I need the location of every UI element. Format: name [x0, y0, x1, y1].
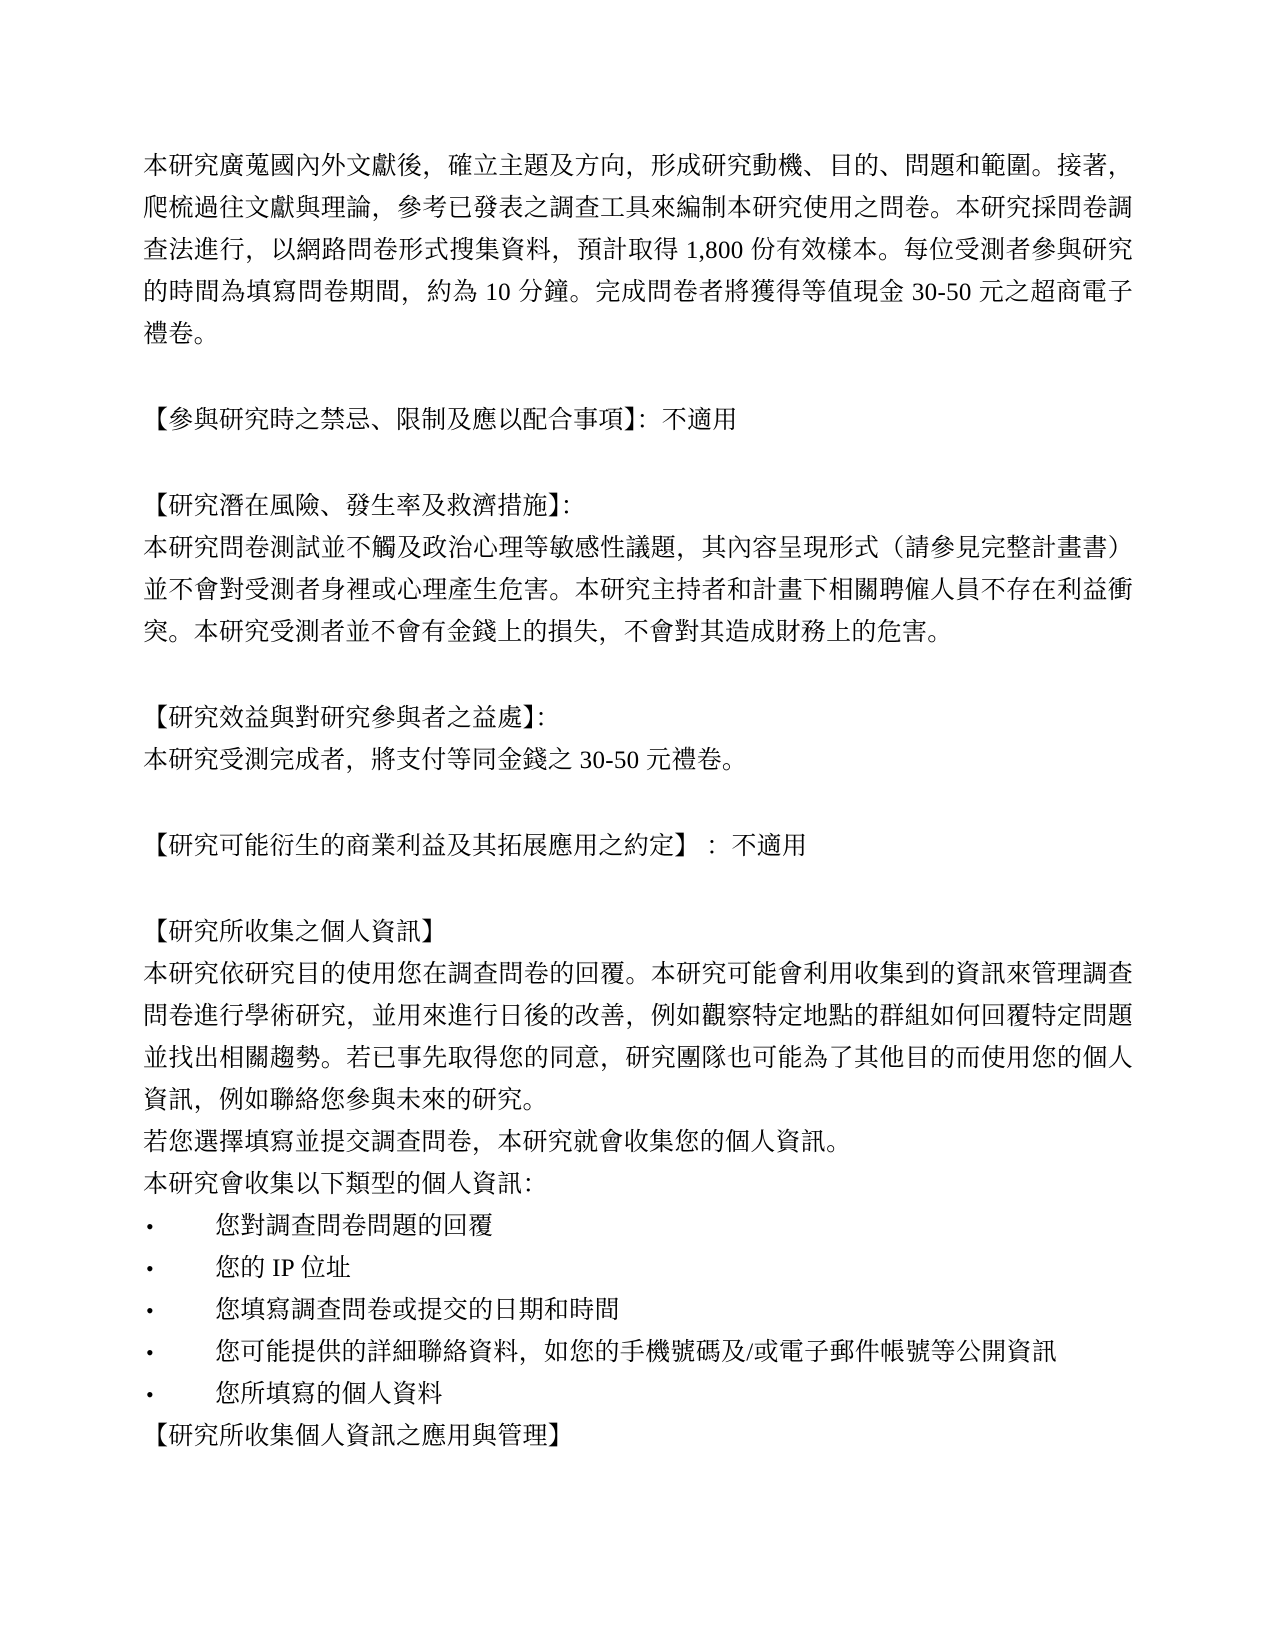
section-heading-risks: 【研究潛在風險、發生率及救濟措施】：: [143, 486, 1133, 528]
personal-info-line-collect: 若您選擇填寫並提交調查問卷，本研究就會收集您的個人資訊。: [143, 1122, 1133, 1164]
intro-paragraph: 本研究廣蒐國內外文獻後，確立主題及方向，形成研究動機、目的、問題和範圍。接著，爬…: [143, 146, 1133, 356]
bullet-icon: •: [143, 1248, 215, 1290]
bullet-item-text: 您的 IP 位址: [215, 1248, 1133, 1290]
bullet-icon: •: [143, 1206, 215, 1248]
document-page: 本研究廣蒐國內外文獻後，確立主題及方向，形成研究動機、目的、問題和範圍。接著，爬…: [143, 146, 1133, 1458]
list-item: • 您的 IP 位址: [143, 1248, 1133, 1290]
bullet-item-text: 您可能提供的詳細聯絡資料，如您的手機號碼及/或電子郵件帳號等公開資訊: [215, 1332, 1133, 1374]
section-heading-benefits: 【研究效益與對研究參與者之益處】：: [143, 698, 1133, 740]
personal-info-paragraph: 本研究依研究目的使用您在調查問卷的回覆。本研究可能會利用收集到的資訊來管理調查問…: [143, 954, 1133, 1122]
bullet-icon: •: [143, 1290, 215, 1332]
personal-info-bullet-list: • 您對調查問卷問題的回覆 • 您的 IP 位址 • 您填寫調查問卷或提交的日期…: [143, 1206, 1133, 1416]
bullet-item-text: 您所填寫的個人資料: [215, 1374, 1133, 1416]
risks-paragraph: 本研究問卷測試並不觸及政治心理等敏感性議題，其內容呈現形式（請參見完整計畫書）並…: [143, 528, 1133, 654]
list-item: • 您所填寫的個人資料: [143, 1374, 1133, 1416]
section-heading-info-management: 【研究所收集個人資訊之應用與管理】: [143, 1416, 1133, 1458]
benefits-paragraph: 本研究受測完成者，將支付等同金錢之 30-50 元禮卷。: [143, 740, 1133, 782]
list-item: • 您可能提供的詳細聯絡資料，如您的手機號碼及/或電子郵件帳號等公開資訊: [143, 1332, 1133, 1374]
section-heading-taboos: 【參與研究時之禁忌、限制及應以配合事項】：不適用: [143, 400, 1133, 442]
list-item: • 您填寫調查問卷或提交的日期和時間: [143, 1290, 1133, 1332]
bullet-item-text: 您對調查問卷問題的回覆: [215, 1206, 1133, 1248]
bullet-icon: •: [143, 1332, 215, 1374]
list-item: • 您對調查問卷問題的回覆: [143, 1206, 1133, 1248]
bullet-item-text: 您填寫調查問卷或提交的日期和時間: [215, 1290, 1133, 1332]
personal-info-line-types: 本研究會收集以下類型的個人資訊：: [143, 1164, 1133, 1206]
bullet-icon: •: [143, 1374, 215, 1416]
section-heading-personal-info: 【研究所收集之個人資訊】: [143, 912, 1133, 954]
section-heading-commercial: 【研究可能衍生的商業利益及其拓展應用之約定】 ：不適用: [143, 826, 1133, 868]
